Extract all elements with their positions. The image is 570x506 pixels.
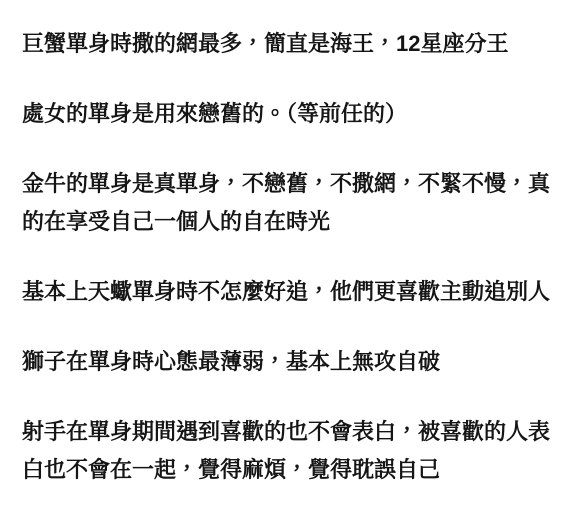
paragraph-taurus: 金牛的單身是真單身，不戀舊，不撒網，不緊不慢，真的在享受自己一個人的自在時光 — [22, 165, 570, 241]
paragraph-scorpio: 基本上天蠍單身時不怎麼好追，他們更喜歡主動追別人 — [22, 273, 570, 311]
paragraph-virgo: 處女的單身是用來戀舊的。（等前任的） — [22, 95, 570, 133]
paragraph-sagittarius: 射手在單身期間遇到喜歡的也不會表白，被喜歡的人表白也不會在一起，覺得麻煩，覺得耽… — [22, 413, 570, 489]
paragraph-cancer: 巨蟹單身時撒的網最多，簡直是海王，12星座分王 — [22, 25, 570, 63]
paragraph-leo: 獅子在單身時心態最薄弱，基本上無攻自破 — [22, 343, 570, 381]
text-page: 巨蟹單身時撒的網最多，簡直是海王，12星座分王 處女的單身是用來戀舊的。（等前任… — [0, 0, 570, 506]
